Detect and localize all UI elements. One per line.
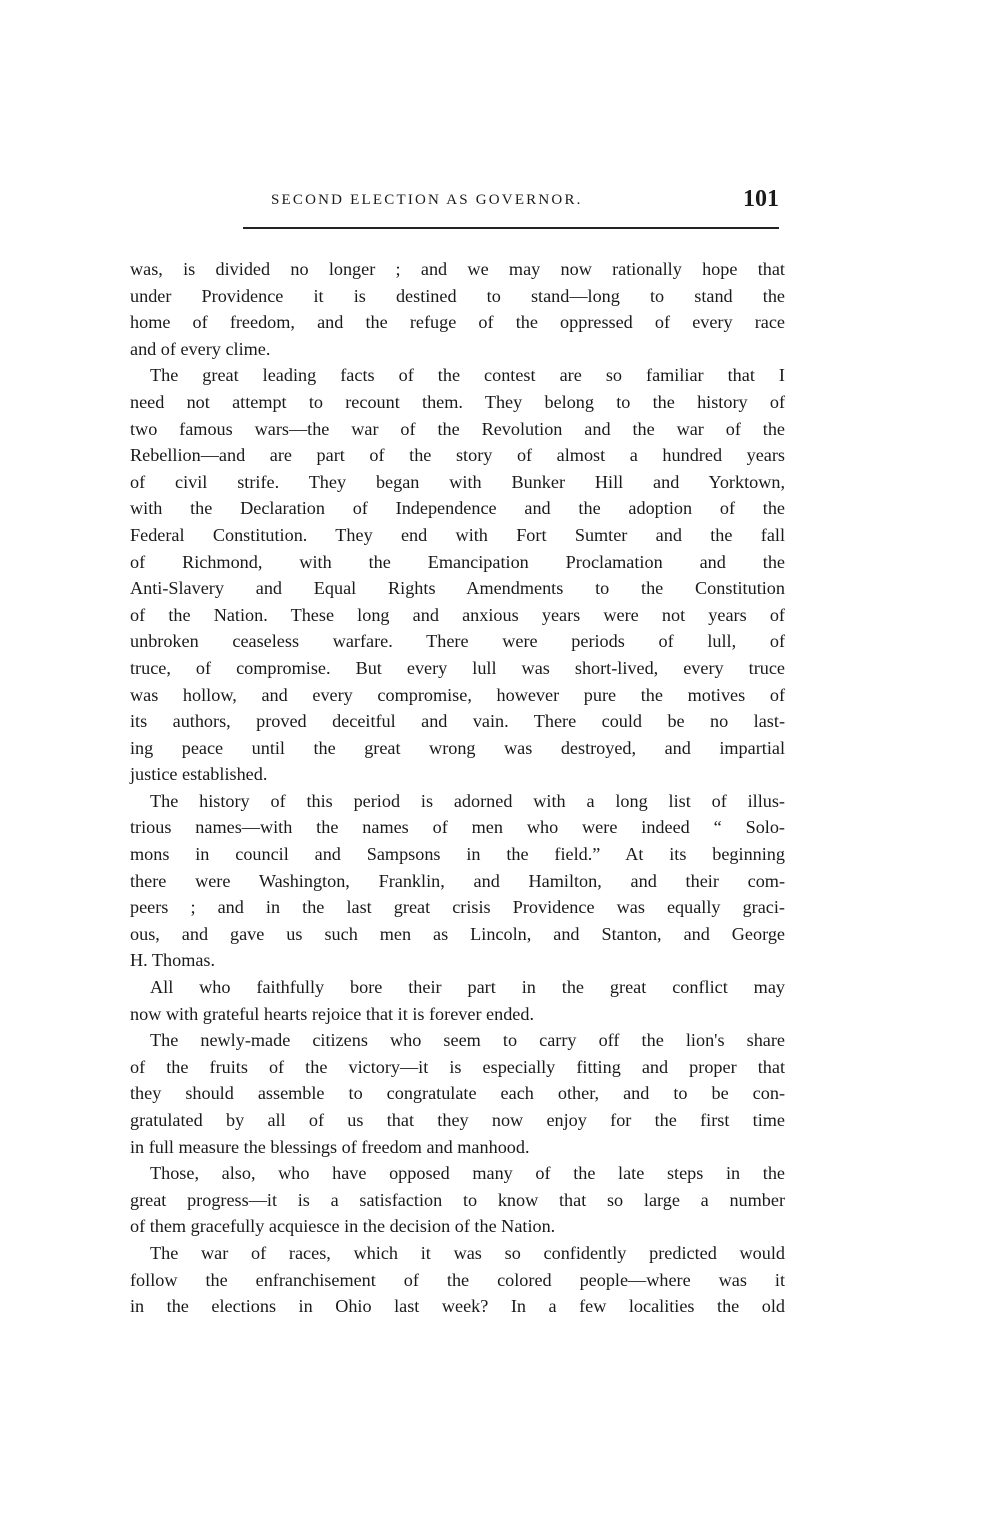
paragraph: The history of this period is adorned wi… — [130, 788, 785, 974]
text-line: two famous wars—the war of the Revolutio… — [130, 416, 785, 443]
text-line: now with grateful hearts rejoice that it… — [130, 1001, 785, 1028]
page-header: SECOND ELECTION AS GOVERNOR. 101 — [243, 186, 783, 216]
text-line: of the fruits of the victory—it is espec… — [130, 1054, 785, 1081]
text-line: All who faithfully bore their part in th… — [130, 974, 785, 1001]
text-line: The newly-made citizens who seem to carr… — [130, 1027, 785, 1054]
text-line: of Richmond, with the Emancipation Procl… — [130, 549, 785, 576]
text-line: unbroken ceaseless warfare. There were p… — [130, 628, 785, 655]
text-line: its authors, proved deceitful and vain. … — [130, 708, 785, 735]
text-line: home of freedom, and the refuge of the o… — [130, 309, 785, 336]
text-line: ous, and gave us such men as Lincoln, an… — [130, 921, 785, 948]
text-line: great progress—it is a satisfaction to k… — [130, 1187, 785, 1214]
running-title: SECOND ELECTION AS GOVERNOR. — [271, 192, 583, 209]
text-line: The great leading facts of the contest a… — [130, 362, 785, 389]
text-line: with the Declaration of Independence and… — [130, 495, 785, 522]
text-line: there were Washington, Franklin, and Ham… — [130, 868, 785, 895]
text-line: in full measure the blessings of freedom… — [130, 1134, 785, 1161]
paragraph: The great leading facts of the contest a… — [130, 362, 785, 788]
text-line: was hollow, and every compromise, howeve… — [130, 682, 785, 709]
text-line: Federal Constitution. They end with Fort… — [130, 522, 785, 549]
book-page: SECOND ELECTION AS GOVERNOR. 101 was, is… — [0, 0, 1000, 1517]
text-line: of civil strife. They began with Bunker … — [130, 469, 785, 496]
header-rule — [243, 227, 779, 229]
text-line: of the Nation. These long and anxious ye… — [130, 602, 785, 629]
text-line: in the elections in Ohio last week? In a… — [130, 1293, 785, 1320]
text-line: follow the enfranchisement of the colore… — [130, 1267, 785, 1294]
paragraph: was, is divided no longer ; and we may n… — [130, 256, 785, 362]
text-line: Rebellion—and are part of the story of a… — [130, 442, 785, 469]
text-line: of them gracefully acquiesce in the deci… — [130, 1213, 785, 1240]
text-line: need not attempt to recount them. They b… — [130, 389, 785, 416]
paragraph: All who faithfully bore their part in th… — [130, 974, 785, 1027]
text-line: under Providence it is destined to stand… — [130, 283, 785, 310]
text-line: The war of races, which it was so confid… — [130, 1240, 785, 1267]
text-line: ing peace until the great wrong was dest… — [130, 735, 785, 762]
text-line: Those, also, who have opposed many of th… — [130, 1160, 785, 1187]
text-line: they should assemble to congratulate eac… — [130, 1080, 785, 1107]
paragraph: Those, also, who have opposed many of th… — [130, 1160, 785, 1240]
text-line: justice established. — [130, 761, 785, 788]
text-line: trious names—with the names of men who w… — [130, 814, 785, 841]
text-line: H. Thomas. — [130, 947, 785, 974]
text-line: was, is divided no longer ; and we may n… — [130, 256, 785, 283]
text-line: mons in council and Sampsons in the fiel… — [130, 841, 785, 868]
text-line: truce, of compromise. But every lull was… — [130, 655, 785, 682]
text-line: The history of this period is adorned wi… — [130, 788, 785, 815]
text-line: gratulated by all of us that they now en… — [130, 1107, 785, 1134]
page-number: 101 — [743, 186, 779, 213]
text-line: peers ; and in the last great crisis Pro… — [130, 894, 785, 921]
text-line: Anti-Slavery and Equal Rights Amendments… — [130, 575, 785, 602]
paragraph: The newly-made citizens who seem to carr… — [130, 1027, 785, 1160]
text-line: and of every clime. — [130, 336, 785, 363]
body-text: was, is divided no longer ; and we may n… — [130, 256, 785, 1320]
paragraph: The war of races, which it was so confid… — [130, 1240, 785, 1320]
